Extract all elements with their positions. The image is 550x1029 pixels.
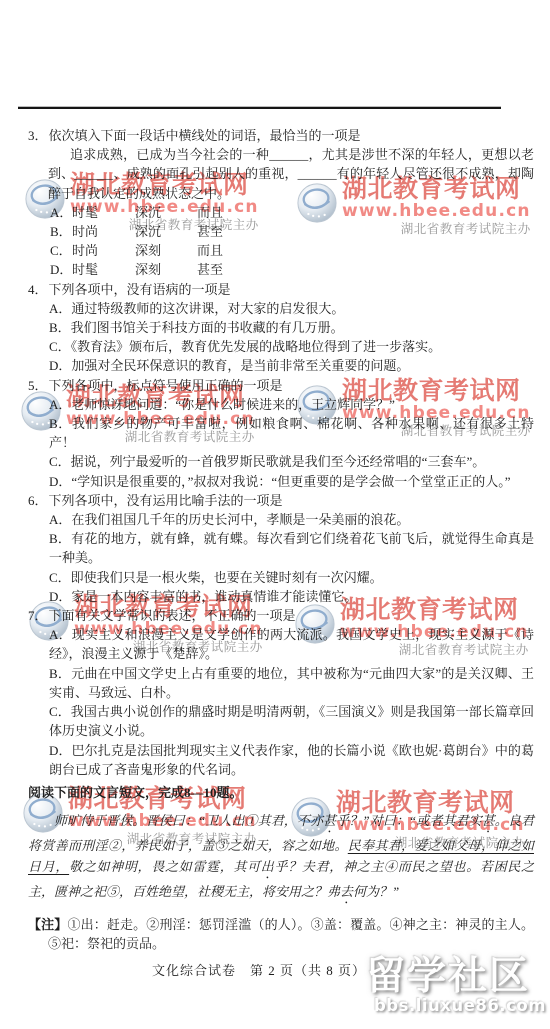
question-5-option-d: D．“学知识是很重要的，”叔叔对我说：“但更重要的是学会做一个堂堂正正的人。” bbox=[28, 472, 534, 491]
option-word: 深刻 bbox=[135, 241, 197, 260]
question-5-option-c: C．据说，列宁最爱听的一首俄罗斯民歌就是我们至今还经常唱的“三套车”。 bbox=[28, 452, 534, 471]
passage-emphasized-word: 出 bbox=[261, 859, 275, 874]
note-tag: 【注】 bbox=[28, 917, 67, 932]
question-3-option-a: A．时髦深沉而且 bbox=[28, 203, 534, 222]
option-word: 时髦 bbox=[72, 260, 135, 279]
question-4-option-b: B．我们图书馆关于科技方面的书收藏的有几万册。 bbox=[28, 318, 534, 337]
question-3: 3．依次填入下面一段话中横线处的词语，最恰当的一项是 追求成熟，已成为当今社会的… bbox=[28, 126, 534, 280]
option-word: 而且 bbox=[197, 243, 223, 258]
passage-segment: 何为？” bbox=[353, 884, 399, 899]
header-rule bbox=[18, 106, 501, 109]
reading-section-heading: 阅读下面的文言短文，完成8—10题。 bbox=[28, 783, 534, 802]
question-number: 4． bbox=[28, 282, 48, 297]
passage-segment: 敬之如神明，畏之如雷霆，其可 bbox=[69, 859, 261, 874]
passage-emphasized-word: 去 bbox=[340, 884, 353, 899]
question-4-option-d: D．加强对全民环保意识的教育，是当前非常至关重要的问题。 bbox=[28, 356, 534, 375]
option-word: 深沉 bbox=[135, 222, 197, 241]
question-4-option-a: A．通过特级教师的这次讲课，对大家的启发很大。 bbox=[28, 299, 534, 318]
option-word: 深刻 bbox=[135, 260, 197, 279]
option-word: 甚至 bbox=[197, 224, 223, 239]
question-3-option-b: B．时尚深沉甚至 bbox=[28, 222, 534, 241]
question-text: 下列各项中，没有运用比喻手法的一项是 bbox=[49, 493, 283, 508]
question-7-option-d: D．巴尔扎克是法国批判现实主义代表作家，他的长篇小说《欧也妮·葛朗台》中的葛朗台… bbox=[28, 741, 534, 779]
option-word: 而且 bbox=[197, 205, 223, 220]
question-4-title: 4．下列各项中，没有语病的一项是 bbox=[28, 280, 534, 299]
question-7-option-a: A．现实主义和浪漫主义是文学创作的两大流派。我国文学史上，现实主义源于《诗经》，… bbox=[28, 625, 534, 663]
question-6-option-b: B．有花的地方，就有蜂，就有蝶。每次看到它们绕着花飞前飞后，就觉得生命真是一种美… bbox=[28, 529, 534, 567]
page-footer: 文化综合试卷 第 2 页（共 8 页） bbox=[28, 961, 490, 980]
question-7-title: 7．下面有关文学常识的表述，不正确的一项是 bbox=[28, 606, 534, 625]
question-number: 7． bbox=[28, 608, 48, 623]
passage-emphasized-word: 甚 bbox=[323, 813, 336, 828]
question-5-title: 5．下列各项中，标点符号使用正确的一项是 bbox=[28, 376, 534, 395]
question-6-option-d: D．家是一本内容丰富的书，谁动真情谁才能读懂它。 bbox=[28, 587, 534, 606]
question-number: 6． bbox=[28, 493, 48, 508]
question-number: 5． bbox=[28, 378, 48, 393]
question-number: 3． bbox=[28, 128, 48, 143]
question-3-paragraph: 追求成熟，已成为当今社会的一种______，尤其是涉世不深的年轻人，更想以老到、… bbox=[48, 145, 534, 203]
passage-notes: 【注】①出：赶走。②刑淫：惩罚淫滥（的人）。③盖：覆盖。④神之主：神灵的主人。⑤… bbox=[28, 915, 534, 954]
passage-segment: 师旷侍于晋侯。晋侯曰：“卫人出①其君，不亦 bbox=[54, 813, 323, 828]
note-text: ①出：赶走。②刑淫：惩罚淫滥（的人）。③盖：覆盖。④神之主：神灵的主人。⑤祀：祭… bbox=[48, 917, 534, 952]
option-label: B． bbox=[50, 222, 72, 241]
question-3-option-c: C．时尚深刻而且 bbox=[28, 241, 534, 260]
passage-segment: 乎？”对曰：“或者其君实 bbox=[336, 813, 482, 828]
question-5: 5．下列各项中，标点符号使用正确的一项是 A．老师惊讶地问道：“你是什么时候进来… bbox=[28, 376, 534, 491]
question-5-option-a: A．老师惊讶地问道：“你是什么时候进来的，王立辉同学？” bbox=[28, 395, 534, 414]
question-7: 7．下面有关文学常识的表述，不正确的一项是 A．现实主义和浪漫主义是文学创作的两… bbox=[28, 606, 534, 779]
question-text: 依次填入下面一段话中横线处的词语，最恰当的一项是 bbox=[49, 128, 361, 143]
question-6-title: 6．下列各项中，没有运用比喻手法的一项是 bbox=[28, 491, 534, 510]
option-word: 深沉 bbox=[135, 203, 197, 222]
liuxue-url: bbs.liuxue86.com bbox=[374, 997, 546, 1014]
paper-content: 3．依次填入下面一段话中横线处的词语，最恰当的一项是 追求成熟，已成为当今社会的… bbox=[28, 126, 534, 980]
option-word: 时尚 bbox=[72, 241, 135, 260]
question-5-option-b: B．我们家乡的物产可丰富啦，例如粮食啊、棉花啊、各种水果啊、还有很多土特产！ bbox=[28, 414, 534, 452]
question-6: 6．下列各项中，没有运用比喻手法的一项是 A．在我们祖国几千年的历史长河中，孝顺… bbox=[28, 491, 534, 606]
question-3-title: 3．依次填入下面一段话中横线处的词语，最恰当的一项是 bbox=[28, 126, 534, 145]
exam-paper-page: 3．依次填入下面一段话中横线处的词语，最恰当的一项是 追求成熟，已成为当今社会的… bbox=[0, 0, 550, 1029]
question-7-option-b: B．元曲在中国文学史上占有重要的地位，其中被称为“元曲四大家”的是关汉卿、王实甫… bbox=[28, 664, 534, 702]
classical-passage: 师旷侍于晋侯。晋侯曰：“卫人出①其君，不亦甚乎？”对曰：“或者其君实甚。良君将赏… bbox=[28, 811, 534, 906]
question-7-option-c: C．我国古典小说创作的鼎盛时期是明清两朝，《三国演义》则是我国第一部长篇章回体历… bbox=[28, 702, 534, 740]
question-3-option-d: D．时髦深刻甚至 bbox=[28, 260, 534, 279]
question-4-option-c: C．《教育法》颁布后，教育优先发展的战略地位得到了进一步落实。 bbox=[28, 337, 534, 356]
question-4: 4．下列各项中，没有语病的一项是 A．通过特级教师的这次讲课，对大家的启发很大。… bbox=[28, 280, 534, 376]
option-word: 甚至 bbox=[197, 262, 223, 277]
option-label: D． bbox=[50, 260, 72, 279]
passage-emphasized-word: 甚 bbox=[482, 813, 495, 828]
option-word: 时髦 bbox=[72, 203, 135, 222]
option-word: 时尚 bbox=[72, 222, 135, 241]
question-6-option-c: C．即使我们只是一根火柴，也要在关键时刻有一次闪耀。 bbox=[28, 568, 534, 587]
option-label: C． bbox=[50, 241, 72, 260]
option-label: A． bbox=[50, 203, 72, 222]
question-text: 下面有关文学常识的表述，不正确的一项是 bbox=[49, 608, 296, 623]
question-text: 下列各项中，标点符号使用正确的一项是 bbox=[49, 378, 283, 393]
question-6-option-a: A．在我们祖国几千年的历史长河中，孝顺是一朵美丽的浪花。 bbox=[28, 510, 534, 529]
question-text: 下列各项中，没有语病的一项是 bbox=[49, 282, 231, 297]
